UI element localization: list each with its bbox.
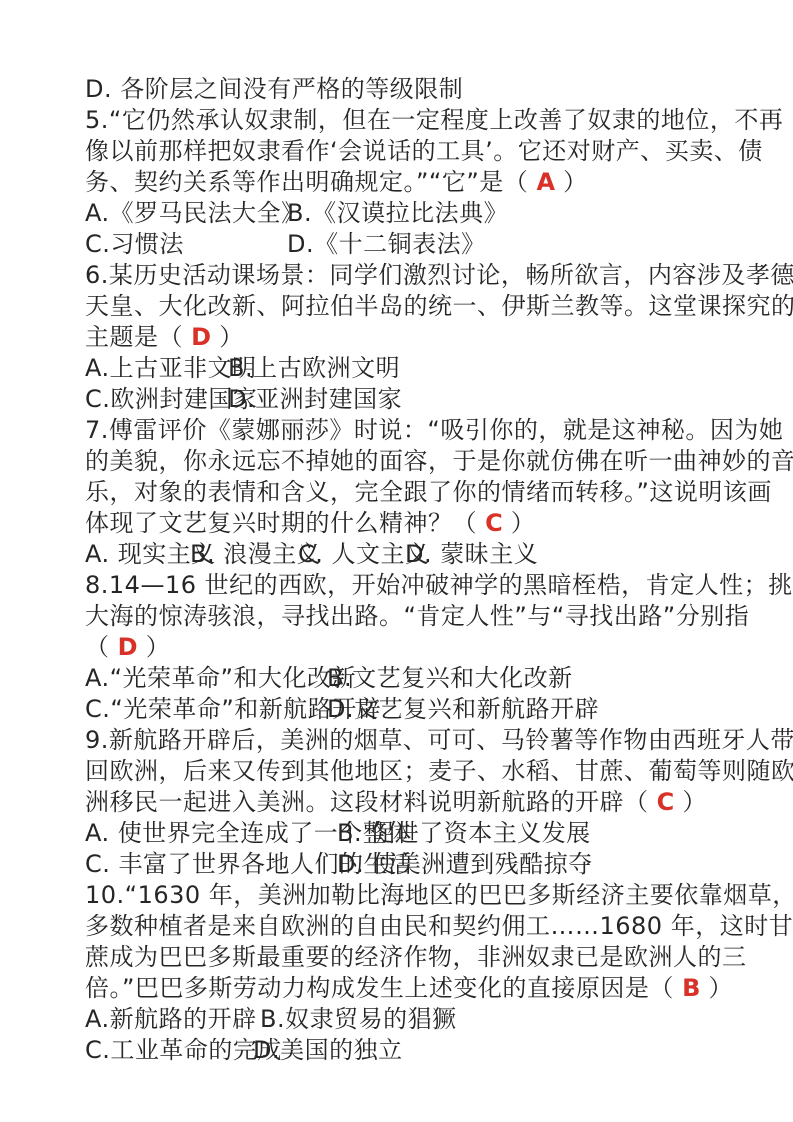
text-run: 8.14—16 世纪的西欧，开始冲破神学的黑暗桎梏，肯定人性；挑战	[85, 571, 793, 599]
option-cell: B. 浪漫主义	[190, 539, 298, 570]
question-line: 6.某历史活动课场景：同学们激烈讨论，畅所欲言，内容涉及孝德	[85, 260, 725, 291]
question-line: A.上古亚非文明B.上古欧洲文明	[85, 353, 725, 384]
text-run: 像以前那样把奴隶看作‘会说话的工具’。它还对财产、买卖、债	[85, 137, 763, 165]
option-cell: C. 人文主义	[298, 539, 405, 570]
option-cell: C. 丰富了世界各地人们的生活	[85, 849, 337, 880]
question-6: 6.某历史活动课场景：同学们激烈讨论，畅所欲言，内容涉及孝德天皇、大化改新、阿拉…	[85, 260, 725, 415]
text-run: 的美貌，你永远忘不掉她的面容，于是你就仿佛在听一曲神妙的音	[85, 447, 793, 475]
question-7: 7.傅雷评价《蒙娜丽莎》时说：“吸引你的，就是这神秘。因为她的美貌，你永远忘不掉…	[85, 415, 725, 570]
text-run: D.亚洲封建国家	[228, 385, 402, 413]
text-run: B.《汉谟拉比法典》	[287, 199, 508, 227]
text-run: D. 使美洲遭到残酷掠夺	[337, 850, 593, 878]
text-run: B. 促进了资本主义发展	[337, 819, 591, 847]
exam-paper-page: D. 各阶层之间没有严格的等级限制5.“它仍然承认奴隶制，但在一定程度上改善了奴…	[0, 0, 793, 1122]
option-cell: C.工业革命的完成	[85, 1035, 253, 1066]
text-run: （	[85, 633, 118, 661]
question-line: 的美貌，你永远忘不掉她的面容，于是你就仿佛在听一曲神妙的音	[85, 446, 725, 477]
answer-letter: A	[536, 168, 555, 196]
text-run: 体现了文艺复兴时期的什么精神？（	[85, 509, 485, 537]
question-line: C.工业革命的完成D.美国的独立	[85, 1035, 725, 1066]
question-line: 蔗成为巴巴多斯最重要的经济作物，非洲奴隶已是欧洲人的三	[85, 942, 725, 973]
question-line: 乐，对象的表情和含义，完全跟了你的情绪而转移。”这说明该画	[85, 477, 725, 508]
question-line: A.《罗马民法大全》B.《汉谟拉比法典》	[85, 198, 725, 229]
text-run: 9.新航路开辟后，美洲的烟草、可可、马铃薯等作物由西班牙人带	[85, 726, 793, 754]
question-9: 9.新航路开辟后，美洲的烟草、可可、马铃薯等作物由西班牙人带回欧洲，后来又传到其…	[85, 725, 725, 880]
text-run: 大海的惊涛骇浪，寻找出路。“肯定人性”与“寻找出路”分别指	[85, 602, 749, 630]
question-line: A. 现实主义B. 浪漫主义C. 人文主义D. 蒙昧主义	[85, 539, 725, 570]
question-line: 10.“1630 年，美洲加勒比海地区的巴巴多斯经济主要依靠烟草，	[85, 880, 725, 911]
answer-letter: D	[191, 323, 211, 351]
text-run: 多数种植者是来自欧洲的自由民和契约佣工……1680 年，这时甘	[85, 912, 793, 940]
question-line: 务、契约关系等作出明确规定。”“它”是（ A ）	[85, 167, 725, 198]
text-run: ）	[211, 323, 244, 351]
question-line: （ D ）	[85, 632, 725, 663]
answer-letter: D	[118, 633, 138, 661]
question-line: 多数种植者是来自欧洲的自由民和契约佣工……1680 年，这时甘	[85, 911, 725, 942]
text-run: ）	[674, 788, 707, 816]
option-cell: A. 使世界完全连成了一个整体	[85, 818, 337, 849]
text-run: 6.某历史活动课场景：同学们激烈讨论，畅所欲言，内容涉及孝德	[85, 261, 793, 289]
text-run: 10.“1630 年，美洲加勒比海地区的巴巴多斯经济主要依靠烟草，	[85, 881, 793, 909]
question-line: 回欧洲，后来又传到其他地区；麦子、水稻、甘蔗、葡萄等则随欧	[85, 756, 725, 787]
option-cell: C.“光荣革命”和新航路开辟	[85, 694, 327, 725]
text-run: 5.“它仍然承认奴隶制，但在一定程度上改善了奴隶的地位，不再	[85, 106, 783, 134]
option-cell: A.“光荣革命”和大化改新	[85, 663, 327, 694]
question-line: 大海的惊涛骇浪，寻找出路。“肯定人性”与“寻找出路”分别指	[85, 601, 725, 632]
question-line: 天皇、大化改新、阿拉伯半岛的统一、伊斯兰教等。这堂课探究的	[85, 291, 725, 322]
text-run: 洲移民一起进入美洲。这段材料说明新航路的开辟（	[85, 788, 657, 816]
question-line: 像以前那样把奴隶看作‘会说话的工具’。它还对财产、买卖、债	[85, 136, 725, 167]
option-cell: C.习惯法	[85, 229, 287, 260]
text-run: B.上古欧洲文明	[228, 354, 400, 382]
text-run: D.《十二铜表法》	[287, 230, 486, 258]
question-line: 8.14—16 世纪的西欧，开始冲破神学的黑暗桎梏，肯定人性；挑战	[85, 570, 725, 601]
option-cell: C.欧洲封建国家	[85, 384, 228, 415]
text-run: 务、契约关系等作出明确规定。”“它”是（	[85, 168, 536, 196]
text-run: D. 各阶层之间没有严格的等级限制	[85, 75, 463, 103]
question-line: A.新航路的开辟B.奴隶贸易的猖獗	[85, 1004, 725, 1035]
text-run: B.文艺复兴和大化改新	[327, 664, 573, 692]
text-run: 乐，对象的表情和含义，完全跟了你的情绪而转移。”这说明该画	[85, 478, 772, 506]
text-run: D. 蒙昧主义	[405, 540, 538, 568]
question-8: 8.14—16 世纪的西欧，开始冲破神学的黑暗桎梏，肯定人性；挑战大海的惊涛骇浪…	[85, 570, 725, 725]
answer-letter: B	[682, 974, 700, 1002]
option-cell: A.上古亚非文明	[85, 353, 228, 384]
text-run: ）	[503, 509, 536, 537]
question-5: 5.“它仍然承认奴隶制，但在一定程度上改善了奴隶的地位，不再像以前那样把奴隶看作…	[85, 105, 725, 260]
option-cell: A. 现实主义	[85, 539, 190, 570]
question-line: 倍。”巴巴多斯劳动力构成发生上述变化的直接原因是（ B ）	[85, 973, 725, 1004]
option-cell: A.《罗马民法大全》	[85, 198, 287, 229]
text-run: 主题是（	[85, 323, 191, 351]
question-line: C.欧洲封建国家D.亚洲封建国家	[85, 384, 725, 415]
text-run: 7.傅雷评价《蒙娜丽莎》时说：“吸引你的，就是这神秘。因为她	[85, 416, 783, 444]
question-line: A.“光荣革命”和大化改新B.文艺复兴和大化改新	[85, 663, 725, 694]
text-run: 回欧洲，后来又传到其他地区；麦子、水稻、甘蔗、葡萄等则随欧	[85, 757, 793, 785]
question-line: 主题是（ D ）	[85, 322, 725, 353]
question-10: 10.“1630 年，美洲加勒比海地区的巴巴多斯经济主要依靠烟草，多数种植者是来…	[85, 880, 725, 1066]
text-run: D.美国的独立	[253, 1036, 403, 1064]
text-run: 天皇、大化改新、阿拉伯半岛的统一、伊斯兰教等。这堂课探究的	[85, 292, 793, 320]
question-line: C.“光荣革命”和新航路开辟D.文艺复兴和新航路开辟	[85, 694, 725, 725]
question-line: 体现了文艺复兴时期的什么精神？（ C ）	[85, 508, 725, 539]
question-line: 洲移民一起进入美洲。这段材料说明新航路的开辟（ C ）	[85, 787, 725, 818]
text-run: ）	[555, 168, 588, 196]
text-run: D.文艺复兴和新航路开辟	[327, 695, 599, 723]
text-run: ）	[138, 633, 171, 661]
question-line: 5.“它仍然承认奴隶制，但在一定程度上改善了奴隶的地位，不再	[85, 105, 725, 136]
option-cell: A.新航路的开辟	[85, 1004, 260, 1035]
question-line: A. 使世界完全连成了一个整体B. 促进了资本主义发展	[85, 818, 725, 849]
question-line: D. 各阶层之间没有严格的等级限制	[85, 74, 725, 105]
text-run: 倍。”巴巴多斯劳动力构成发生上述变化的直接原因是（	[85, 974, 682, 1002]
question-line: 9.新航路开辟后，美洲的烟草、可可、马铃薯等作物由西班牙人带	[85, 725, 725, 756]
text-run: ）	[700, 974, 733, 1002]
question-line: C. 丰富了世界各地人们的生活D. 使美洲遭到残酷掠夺	[85, 849, 725, 880]
question-list: D. 各阶层之间没有严格的等级限制5.“它仍然承认奴隶制，但在一定程度上改善了奴…	[85, 74, 725, 1066]
question-4: D. 各阶层之间没有严格的等级限制	[85, 74, 725, 105]
question-line: C.习惯法D.《十二铜表法》	[85, 229, 725, 260]
text-run: B.奴隶贸易的猖獗	[260, 1005, 457, 1033]
answer-letter: C	[485, 509, 503, 537]
answer-letter: C	[657, 788, 675, 816]
question-line: 7.傅雷评价《蒙娜丽莎》时说：“吸引你的，就是这神秘。因为她	[85, 415, 725, 446]
text-run: 蔗成为巴巴多斯最重要的经济作物，非洲奴隶已是欧洲人的三	[85, 943, 747, 971]
